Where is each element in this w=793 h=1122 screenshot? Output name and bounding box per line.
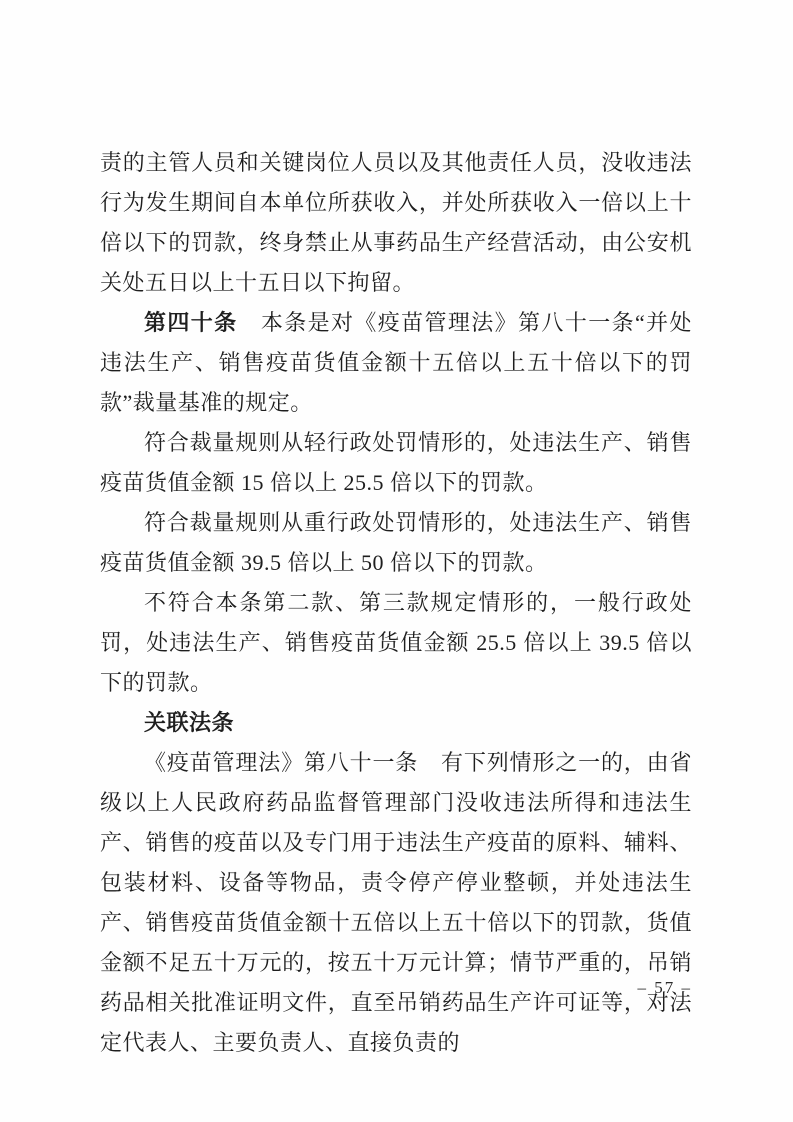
article-number-label: 第四十条 (144, 310, 238, 335)
vaccine-law-article-81-paragraph: 《疫苗管理法》第八十一条 有下列情形之一的，由省级以上人民政府药品监督管理部门没… (100, 743, 692, 1063)
law-article-81-text: 有下列情形之一的，由省级以上人民政府药品监督管理部门没收违法所得和违法生产、销售… (100, 750, 692, 1055)
general-penalty-paragraph: 不符合本条第二款、第三款规定情形的，一般行政处罚，处违法生产、销售疫苗货值金额 … (100, 583, 692, 703)
severe-penalty-paragraph: 符合裁量规则从重行政处罚情形的，处违法生产、销售疫苗货值金额 39.5 倍以上 … (100, 503, 692, 583)
document-body: 责的主管人员和关键岗位人员以及其他责任人员，没收违法行为发生期间自本单位所获收入… (100, 143, 692, 1063)
law-citation-label: 《疫苗管理法》第八十一条 (144, 750, 418, 775)
related-articles-heading: 关联法条 (100, 703, 692, 743)
continuation-paragraph: 责的主管人员和关键岗位人员以及其他责任人员，没收违法行为发生期间自本单位所获收入… (100, 143, 692, 303)
document-page: 责的主管人员和关键岗位人员以及其他责任人员，没收违法行为发生期间自本单位所获收入… (0, 0, 793, 1122)
page-number: – 57 – (638, 977, 693, 999)
article-40-paragraph: 第四十条 本条是对《疫苗管理法》第八十一条“并处违法生产、销售疫苗货值金额十五倍… (100, 303, 692, 423)
lenient-penalty-paragraph: 符合裁量规则从轻行政处罚情形的，处违法生产、销售疫苗货值金额 15 倍以上 25… (100, 423, 692, 503)
